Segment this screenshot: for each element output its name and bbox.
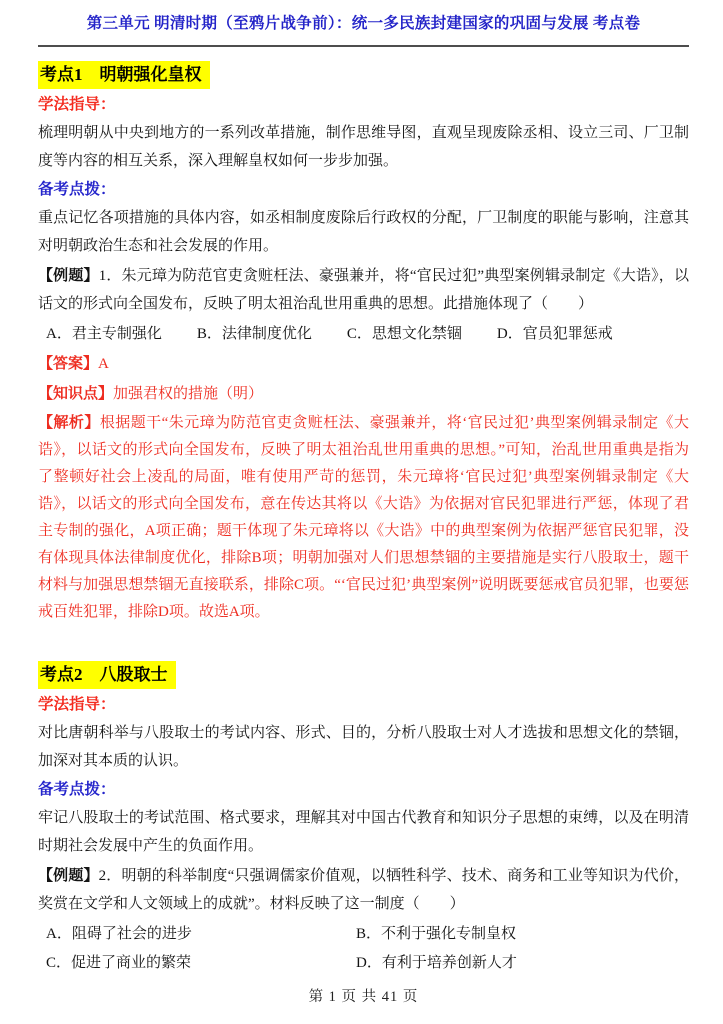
section1-tips-label: 备考点拨： — [38, 179, 689, 201]
section1-analysis: 【解析】根据题干“朱元璋为防范官吏贪赃枉法、豪强兼并，将‘官民过犯’典型案例辑录… — [38, 410, 689, 626]
section1-answer-line: 【答案】A — [38, 350, 689, 378]
section2-option-b: B．不利于强化专制皇权 — [356, 920, 689, 948]
section1-example-question: 【例题】1．朱元璋为防范官吏贪赃枉法、豪强兼并，将“官民过犯”典型案例辑录制定《… — [38, 262, 689, 318]
section2-option-a: A．阻碍了社会的进步 — [46, 920, 356, 948]
section1-knowledge-value: 加强君权的措施（明） — [113, 386, 263, 402]
section2-options-grid: A．阻碍了社会的进步 B．不利于强化专制皇权 C．促进了商业的繁荣 D．有利于培… — [46, 920, 689, 977]
page-number-footer: 第 1 页 共 41 页 — [38, 979, 689, 1024]
section2-example-question: 【例题】2．明朝的科举制度“只强调儒家价值观，以牺牲科学、技术、商务和工业等知识… — [38, 862, 689, 918]
section-kaodian-1: 考点1 明朝强化皇权 学法指导： 梳理明朝从中央到地方的一系列改革措施，制作思维… — [38, 56, 689, 628]
section2-option-d: D．有利于培养创新人才 — [356, 949, 689, 977]
section1-option-a: A．君主专制强化 — [46, 320, 162, 348]
section1-analysis-label: 【解析】 — [38, 415, 100, 431]
section1-option-d: D．官员犯罪惩戒 — [497, 320, 613, 348]
section1-answer-label: 【答案】 — [38, 356, 98, 372]
section1-option-c: C．思想文化禁锢 — [347, 320, 462, 348]
section1-example-text: 1．朱元璋为防范官吏贪赃枉法、豪强兼并，将“官民过犯”典型案例辑录制定《大诰》，… — [38, 268, 689, 312]
section1-heading-highlight: 考点1 明朝强化皇权 — [38, 61, 210, 89]
title-divider — [38, 45, 689, 47]
section2-study-guide-label: 学法指导： — [38, 694, 689, 716]
section1-tips-text: 重点记忆各项措施的具体内容，如丞相制度废除后行政权的分配，厂卫制度的职能与影响，… — [38, 204, 689, 260]
section1-answer-value: A — [98, 356, 109, 372]
section2-study-guide-text: 对比唐朝科举与八股取士的考试内容、形式、目的，分析八股取士对人才选拔和思想文化的… — [38, 719, 689, 775]
section2-heading-highlight: 考点2 八股取士 — [38, 661, 176, 689]
section1-knowledge-line: 【知识点】加强君权的措施（明） — [38, 380, 689, 408]
document-page: 第三单元 明清时期（至鸦片战争前）：统一多民族封建国家的巩固与发展 考点卷 考点… — [0, 0, 723, 1024]
section1-study-guide-text: 梳理明朝从中央到地方的一系列改革措施，制作思维导图，直观呈现废除丞相、设立三司、… — [38, 119, 689, 175]
section-spacer — [38, 628, 689, 656]
document-title: 第三单元 明清时期（至鸦片战争前）：统一多民族封建国家的巩固与发展 考点卷 — [38, 12, 689, 36]
section2-example-label: 【例题】 — [38, 868, 99, 884]
section2-option-c: C．促进了商业的繁荣 — [46, 949, 356, 977]
section-kaodian-2: 考点2 八股取士 学法指导： 对比唐朝科举与八股取士的考试内容、形式、目的，分析… — [38, 656, 689, 979]
section1-analysis-text: 根据题干“朱元璋为防范官吏贪赃枉法、豪强兼并，将‘官民过犯’典型案例辑录制定《大… — [38, 415, 689, 620]
section1-options-row: A．君主专制强化 B．法律制度优化 C．思想文化禁锢 D．官员犯罪惩戒 — [46, 320, 689, 348]
section1-example-label: 【例题】 — [38, 268, 99, 284]
section2-tips-text: 牢记八股取士的考试范围、格式要求，理解其对中国古代教育和知识分子思想的束缚，以及… — [38, 804, 689, 860]
section2-tips-label: 备考点拨： — [38, 779, 689, 801]
section1-study-guide-label: 学法指导： — [38, 94, 689, 116]
section1-knowledge-label: 【知识点】 — [38, 386, 113, 402]
section1-option-b: B．法律制度优化 — [197, 320, 312, 348]
section2-example-text: 2．明朝的科举制度“只强调儒家价值观，以牺牲科学、技术、商务和工业等知识为代价，… — [38, 868, 689, 912]
section2-heading: 考点2 八股取士 — [38, 661, 689, 689]
section1-heading: 考点1 明朝强化皇权 — [38, 61, 689, 89]
